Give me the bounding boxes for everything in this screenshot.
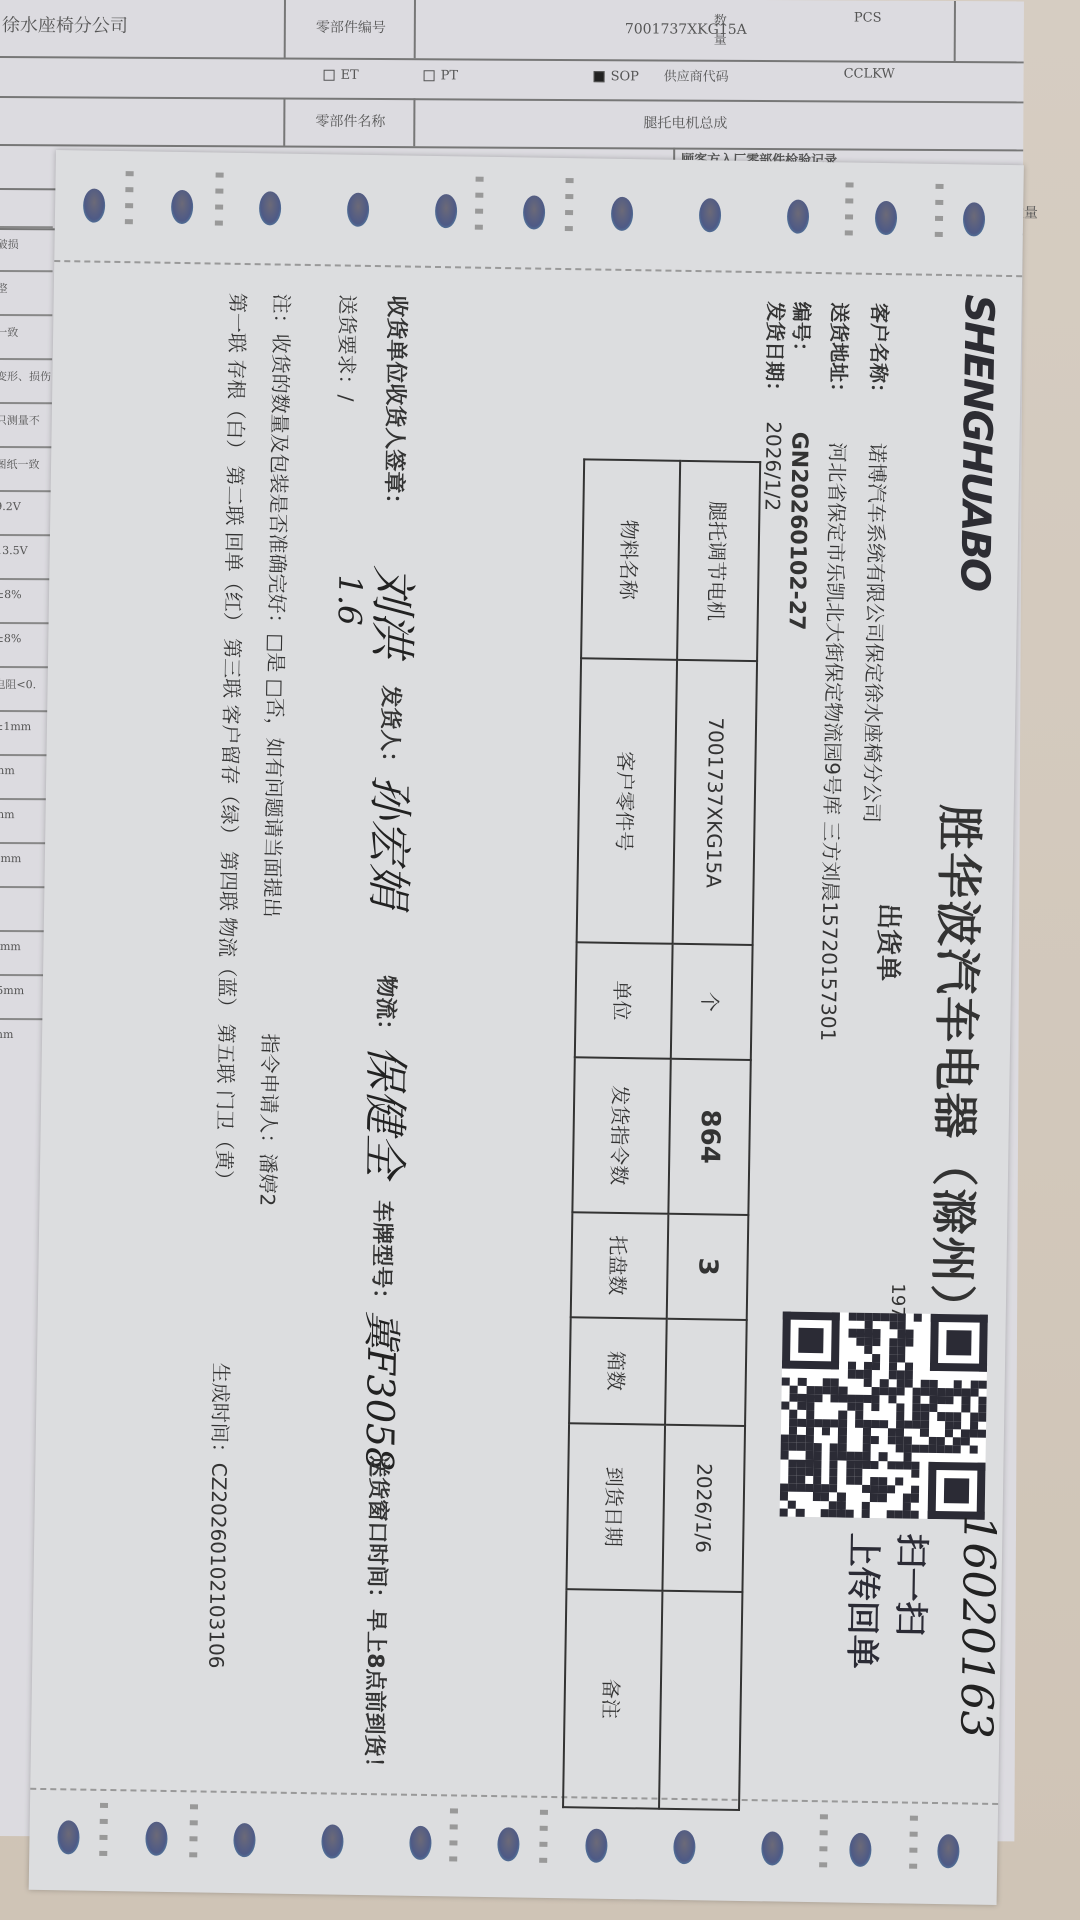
form-row-part-number: 徐水座椅分公司 零部件编号 7001737XKG15A — [0, 0, 1024, 63]
form-margin-text: 2mm — [0, 852, 21, 865]
table-cell: 7001737XKG15A — [673, 660, 757, 945]
slip-content: SHENGHUABO 胜华波汽车电器（滁州）有限公司 出货单 197358 客户… — [110, 271, 1014, 1815]
table-cell: 个 — [671, 944, 753, 1060]
perforation-hole — [937, 1834, 960, 1868]
shipment-table: 物料名称客户零件号单位发货指令数托盘数箱数到货日期备注腿托调节电机7001737… — [562, 458, 761, 1811]
perforation-hole — [83, 188, 106, 222]
form-margin-text: 电阻<0. — [0, 676, 36, 692]
perforation-hole — [347, 193, 370, 227]
plate-label: 车牌型号： — [367, 1200, 400, 1310]
ship-date-field: 发货日期：2026/1/2 — [759, 301, 791, 511]
form-company-fragment: 徐水座椅分公司 — [0, 0, 292, 58]
form-row-part-name: 零部件名称 腿托电机总成 — [0, 96, 1023, 151]
form-margin-text: mm — [0, 808, 15, 821]
perforation-hole — [849, 1833, 872, 1867]
table-cell: 864 — [668, 1059, 750, 1215]
form-margin-text: 整 — [0, 280, 8, 296]
phase-pt: PT — [424, 68, 458, 83]
perforation-hole — [611, 197, 634, 231]
delivery-requirement: 送货要求：/ — [333, 294, 364, 401]
doc-title: 出货单 — [871, 903, 909, 982]
form-margin-text: 5mm — [0, 940, 21, 953]
table-header: 物料名称 — [581, 459, 680, 660]
form-margin-text: 变形、损伤 — [0, 368, 51, 384]
perforated-strip-top — [54, 150, 1024, 275]
form-margin-text: 只测量不 — [0, 412, 40, 428]
logistics-label: 物流： — [371, 975, 403, 1041]
perforation-hole — [57, 1820, 80, 1854]
perforation-hole — [585, 1829, 608, 1863]
contact: 指令申请人：潘婷2 — [254, 1033, 286, 1206]
perforation-hole — [761, 1831, 784, 1865]
form-part-name: 腿托电机总成 — [413, 98, 955, 149]
form-margin-text: 破损 — [0, 236, 19, 252]
perforation-hole — [145, 1822, 168, 1856]
table-header: 单位 — [575, 942, 673, 1058]
perforation-hole — [787, 199, 810, 233]
shipper-label: 发货人： — [375, 685, 407, 773]
customer-field: 客户名称：诺博汽车系统有限公司保定徐水座椅分公司 — [859, 303, 896, 823]
phase-et: ET — [324, 68, 359, 83]
handwritten-code: 16020163 — [950, 1514, 1005, 1739]
perforation-hole — [497, 1827, 520, 1861]
form-margin-text: mm — [0, 1028, 13, 1041]
qr-code[interactable] — [780, 1312, 988, 1520]
table-header: 托盘数 — [571, 1212, 669, 1319]
form-margin-text: 9.2V — [0, 500, 21, 513]
address-field: 送货地址：河北省保定市乐凯北大街保定物流园9号库 三方刘晨15720157301 — [815, 302, 856, 1041]
form-margin-text: ±1mm — [0, 720, 31, 733]
perforation-hole — [259, 191, 282, 225]
plate-handwritten: 冀F3058 — [355, 1310, 413, 1472]
qr-caption: 扫一扫 上传回单 — [837, 1532, 934, 1669]
table-header: 箱数 — [569, 1317, 667, 1424]
delivery-slip: SHENGHUABO 胜华波汽车电器（滁州）有限公司 出货单 197358 客户… — [29, 150, 1024, 1905]
form-part-name-label: 零部件名称 — [283, 98, 415, 147]
table-cell — [665, 1319, 747, 1426]
table-header: 备注 — [563, 1589, 662, 1809]
form-margin-text: 一致 — [0, 324, 18, 340]
table-header: 发货指令数 — [572, 1057, 670, 1213]
receipt-note: 注：收货的数量及包装是否准确完好：□是 □否，如有问题请当面提出 — [259, 293, 298, 918]
table-header: 客户零件号 — [577, 659, 677, 944]
form-part-number-label: 零部件编号 — [284, 0, 416, 58]
perforation-hole — [699, 198, 722, 232]
perforation-hole — [171, 190, 194, 224]
checkbox-pt — [424, 70, 435, 81]
copies-line: 第一联 存根（白） 第二联 回单（红） 第三联 客户留存（绿） 第四联 物流（蓝… — [211, 293, 254, 1191]
generated-time: 生成时间：CZ2026010210310​6 — [203, 1363, 237, 1669]
receiver-label: 收货单位收货人签章： — [379, 295, 413, 515]
form-margin-text: 图纸一致 — [0, 456, 40, 472]
delivery-window: 送货窗口时间：早上8点前到货！ — [359, 1455, 395, 1779]
table-cell: 3 — [667, 1213, 749, 1320]
perforation-hole — [409, 1826, 432, 1860]
form-margin-text: .5mm — [0, 984, 24, 997]
perforation-hole — [321, 1824, 344, 1858]
perforation-hole — [963, 202, 986, 236]
perforation-hole — [875, 201, 898, 235]
perforation-hole — [435, 194, 458, 228]
company-logo: SHENGHUABO — [951, 294, 1002, 590]
table-cell: 2026/1/6 — [662, 1424, 745, 1591]
table-cell — [659, 1591, 742, 1810]
checkbox-et — [324, 70, 335, 81]
perforation-hole — [523, 195, 546, 229]
receiver-signature: 刘洪 — [362, 565, 429, 658]
receiver-date: 1.6 — [331, 574, 370, 625]
phase-sop: SOP — [594, 69, 639, 84]
form-margin-text: ±8% — [0, 588, 22, 601]
checkbox-sop — [594, 71, 605, 82]
logistics-signature: 保健全 — [356, 1045, 422, 1178]
table-header: 到货日期 — [566, 1423, 665, 1591]
table-cell: 腿托调节电机 — [677, 461, 760, 662]
perforation-hole — [233, 1823, 256, 1857]
shipper-signature: 孙宏娟 — [360, 775, 426, 908]
form-margin-text: ±8% — [0, 632, 21, 645]
form-part-number: 7001737XKG15A — [414, 0, 956, 61]
form-margin-text: mm — [0, 764, 15, 777]
form-margin-text: 13.5V — [0, 544, 28, 557]
perforation-hole — [673, 1830, 696, 1864]
